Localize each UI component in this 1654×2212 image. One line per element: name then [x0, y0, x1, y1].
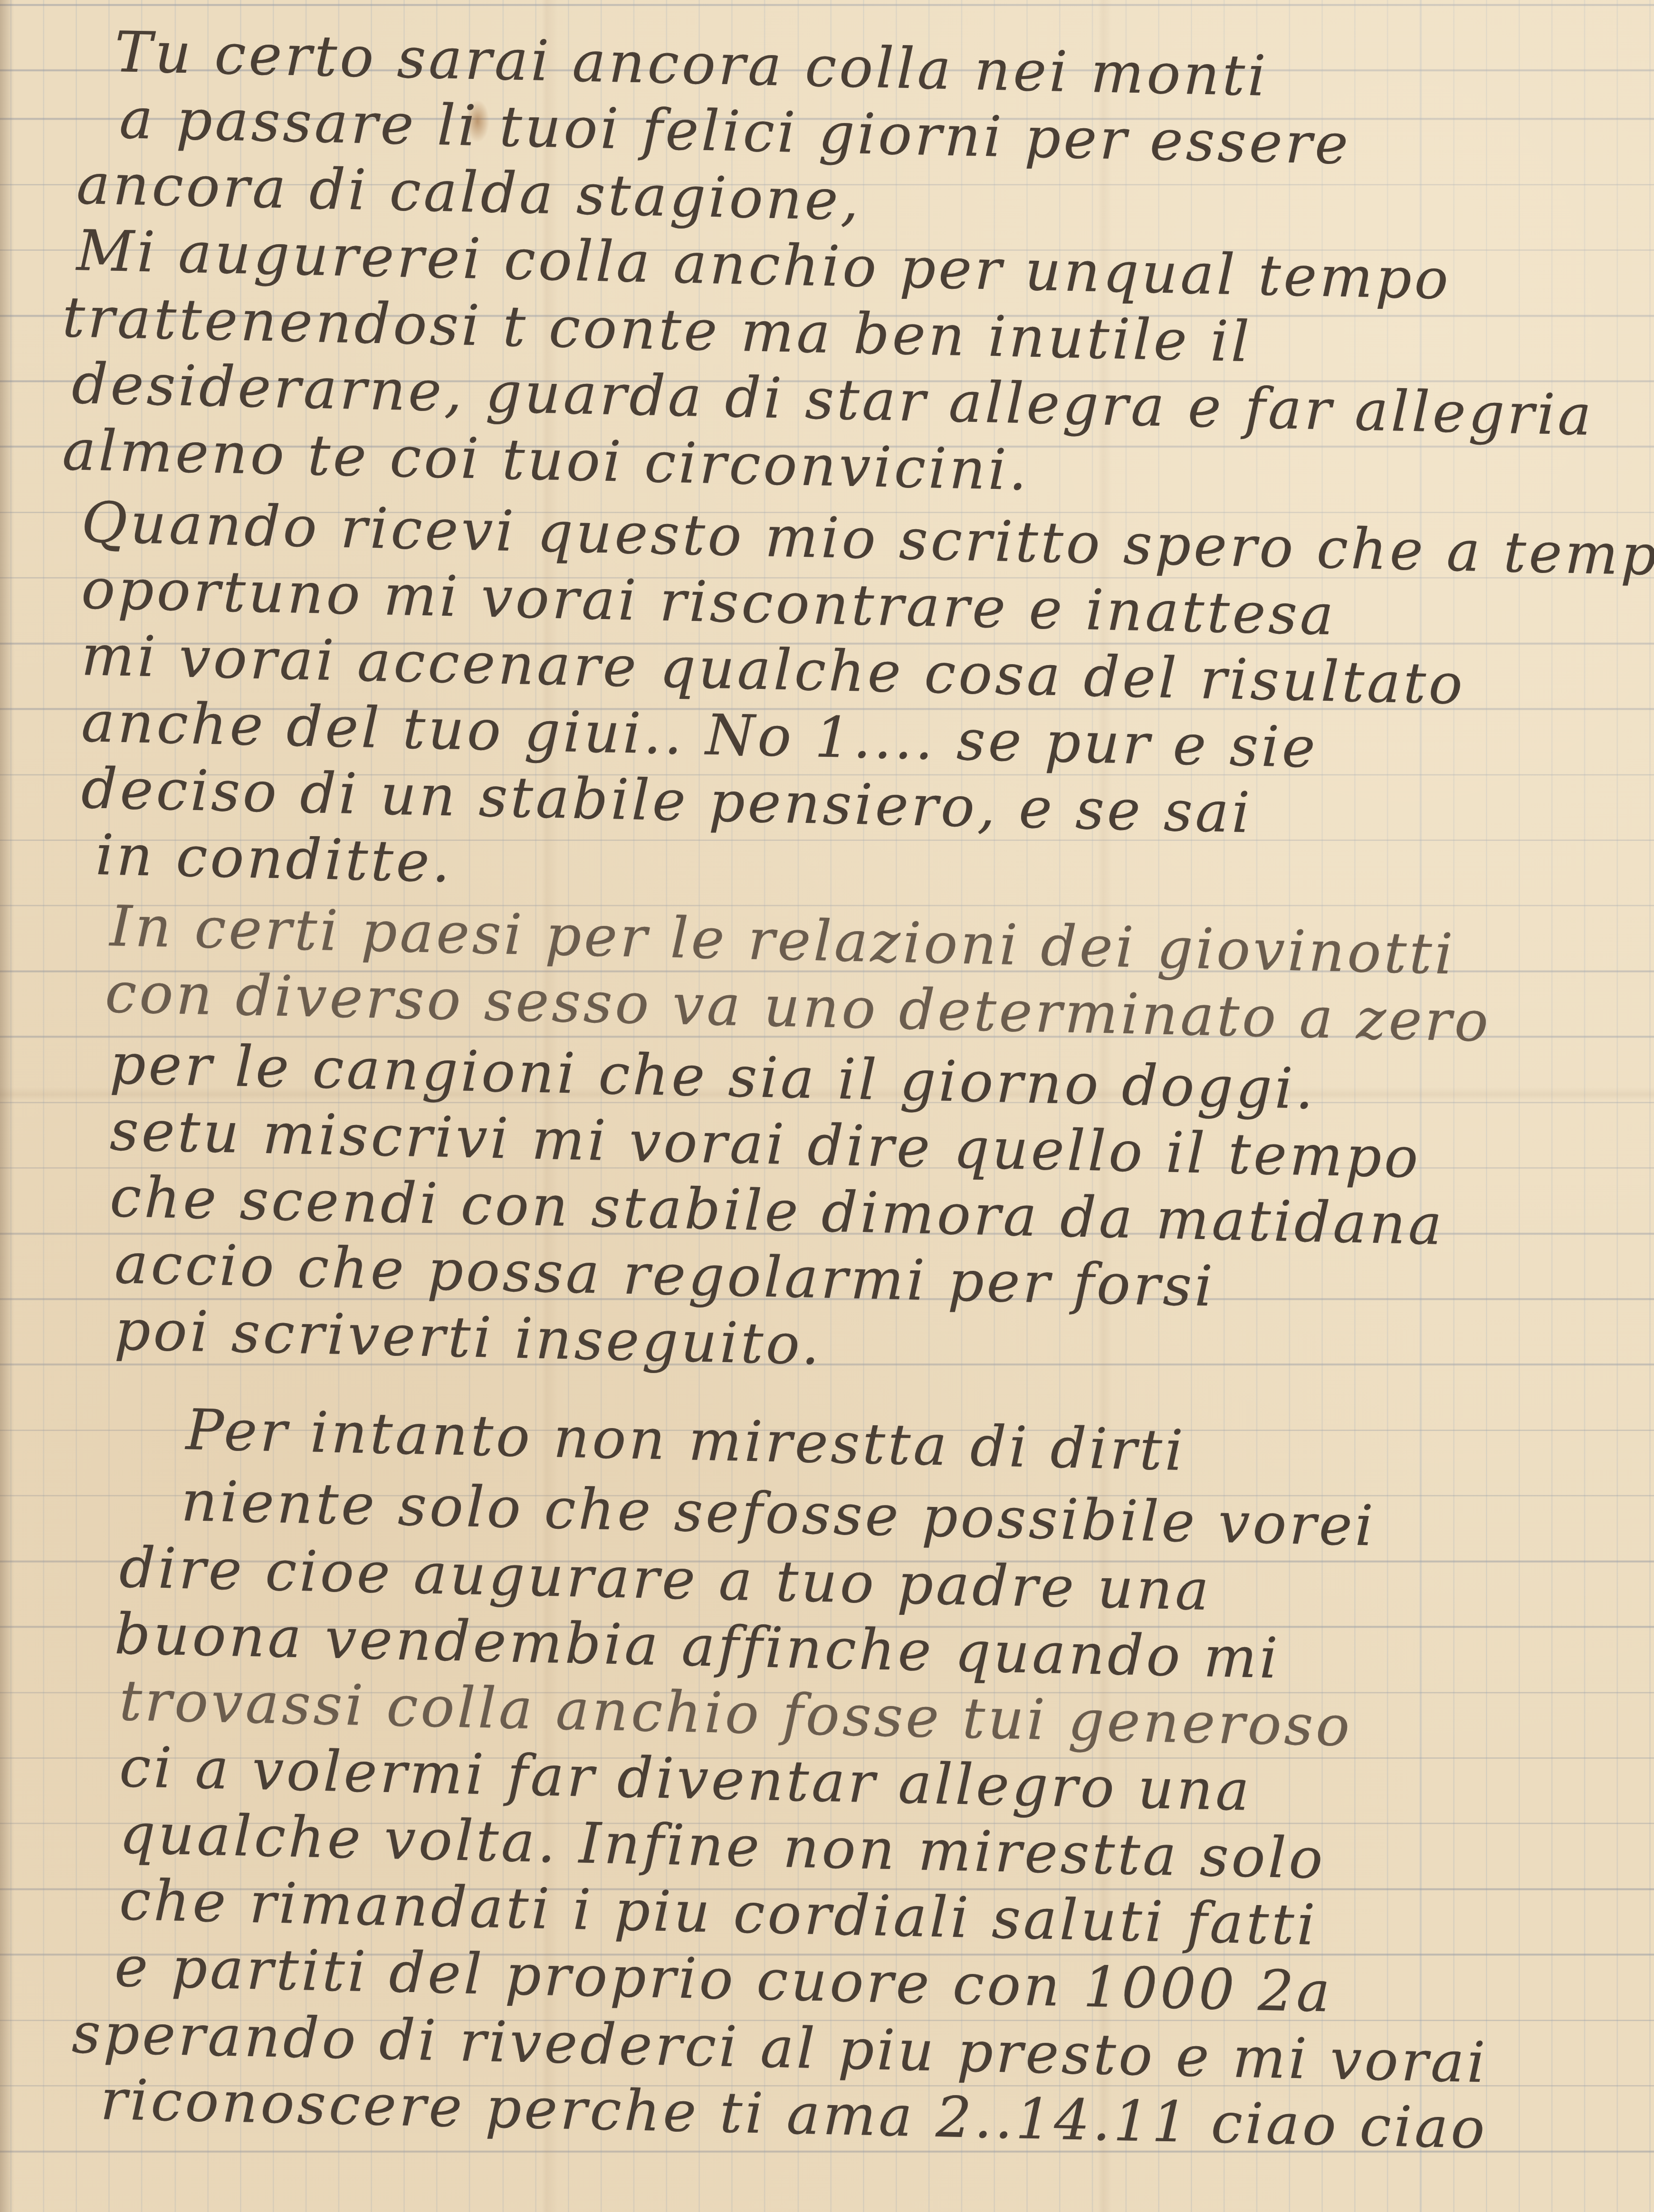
letter-line: Per intanto non mirestta di dirti [185, 1397, 1186, 1483]
letter-paper: Tu certo sarai ancora colla nei monti a … [0, 0, 1654, 2212]
paper-edge-shadow [0, 0, 14, 2212]
letter-line: in conditte. [95, 822, 454, 895]
letter-line: poi scriverti inseguito. [114, 1297, 823, 1377]
